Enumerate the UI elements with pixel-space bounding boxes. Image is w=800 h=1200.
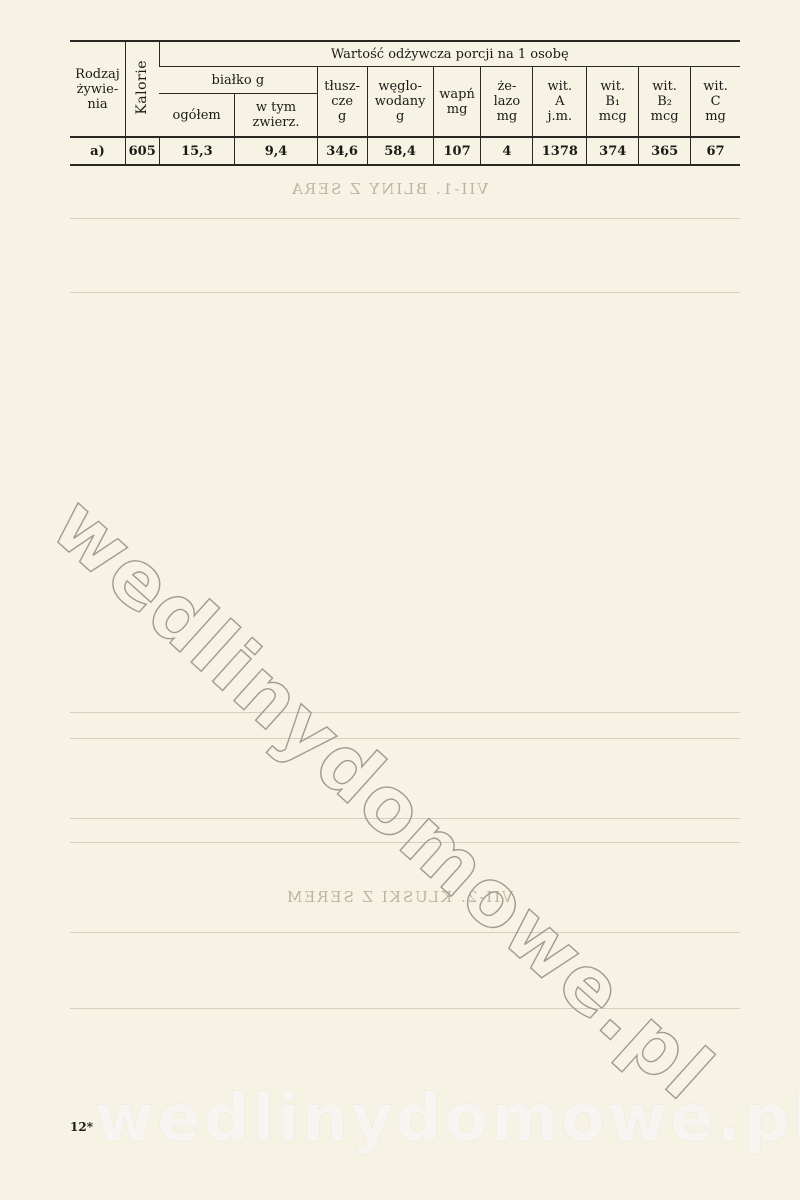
table-row: a) 605 15,3 9,4 34,6 58,4 107 4 1378 374… [70, 137, 740, 165]
header-text: Rodzaj [75, 67, 120, 82]
book-page: VII-1. BLINY Z SERA VII-2. KLUSKI Z SERE… [0, 0, 800, 1200]
col-rodzaj-zywienia: Rodzaj żywie- nia [70, 41, 125, 137]
header-text: wit. [548, 79, 573, 94]
header-text: że- [497, 79, 516, 94]
header-text: B₂ [657, 94, 672, 109]
col-wit-b2: wit. B₂ mcg [639, 67, 691, 138]
header-text: A [555, 94, 564, 109]
header-text: wodany [375, 94, 426, 109]
cell-tluszcze: 34,6 [317, 137, 367, 165]
header-text: lazo [494, 94, 521, 109]
col-weglowodany: węglo- wodany g [367, 67, 433, 138]
header-text: g [396, 109, 404, 124]
col-tluszcze: tłusz- cze g [317, 67, 367, 138]
header-text: C [711, 94, 721, 109]
header-text: węglo- [378, 79, 422, 94]
show-through-rule [70, 712, 740, 713]
header-text: mg [447, 102, 468, 117]
header-text: wapń [439, 87, 475, 102]
header-text: mcg [599, 109, 627, 124]
show-through-rule [70, 738, 740, 739]
cell-weglowodany: 58,4 [367, 137, 433, 165]
header-text: tłusz- [324, 79, 360, 94]
header-text: zwierz. [252, 115, 299, 130]
header-text: żywie- [77, 82, 119, 97]
header-text: mcg [651, 109, 679, 124]
header-text: B₁ [605, 94, 620, 109]
cell-rodzaj: a) [70, 137, 125, 165]
header-bialko: białko g [159, 67, 317, 94]
watermark-bottom: wedlinydomowe.pl [95, 1082, 800, 1156]
cell-wit-c: 67 [691, 137, 740, 165]
show-through-rule [70, 218, 740, 219]
header-text: j.m. [548, 109, 573, 124]
header-text: mg [497, 109, 518, 124]
cell-wit-b2: 365 [639, 137, 691, 165]
header-text: wit. [652, 79, 677, 94]
show-through-rule [70, 292, 740, 293]
page-number: 12* [70, 1120, 93, 1134]
show-through-title-1: VII-1. BLINY Z SERA [290, 180, 488, 198]
header-text: w tym [256, 100, 296, 115]
header-text: g [338, 109, 346, 124]
cell-kalorie: 605 [125, 137, 159, 165]
cell-bialko-ogolem: 15,3 [159, 137, 235, 165]
header-text: wit. [600, 79, 625, 94]
header-text: cze [331, 94, 353, 109]
cell-wapn: 107 [433, 137, 481, 165]
col-kalorie: Kalorie [125, 41, 159, 137]
col-wapn: wapń mg [433, 67, 481, 138]
cell-wit-b1: 374 [587, 137, 639, 165]
col-wit-b1: wit. B₁ mcg [587, 67, 639, 138]
col-bialko-ogolem: ogółem [159, 94, 235, 138]
cell-wit-a: 1378 [533, 137, 587, 165]
header-text: Kalorie [135, 60, 150, 115]
col-wit-a: wit. A j.m. [533, 67, 587, 138]
watermark-diagonal: wedlinydomowe.pl [35, 480, 730, 1118]
col-zelazo: że- lazo mg [481, 67, 533, 138]
header-text: mg [705, 109, 726, 124]
header-text: nia [87, 97, 107, 112]
col-wit-c: wit. C mg [691, 67, 740, 138]
col-bialko-zwierz: w tym zwierz. [235, 94, 317, 138]
nutrition-table: Rodzaj żywie- nia Kalorie Wartość odżywc… [70, 40, 740, 166]
show-through-rule [70, 932, 740, 933]
header-text: wit. [703, 79, 728, 94]
cell-zelazo: 4 [481, 137, 533, 165]
header-wartosc-odzywcza: Wartość odżywcza porcji na 1 osobę [159, 41, 740, 67]
cell-bialko-zwierz: 9,4 [235, 137, 317, 165]
